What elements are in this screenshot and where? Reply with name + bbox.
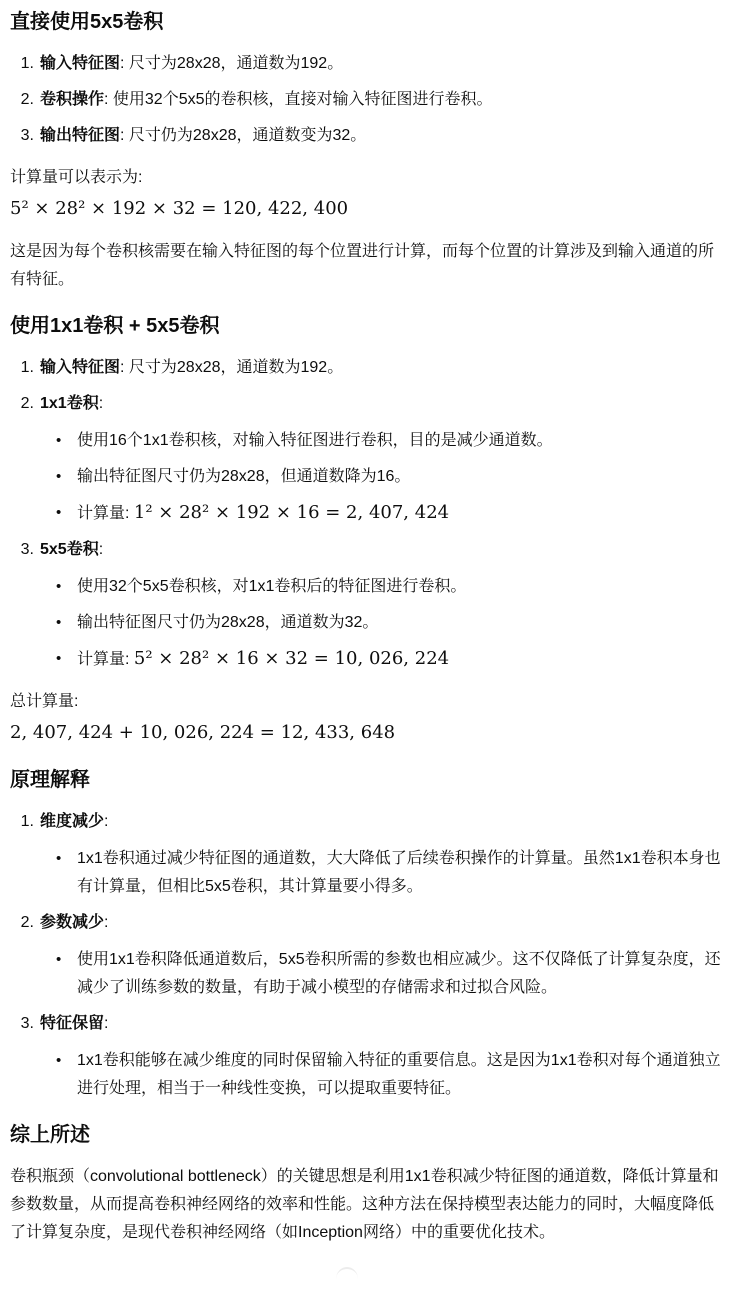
item-text: 输入特征图: 尺寸为28x28，通道数为192。 [40, 354, 726, 382]
item-label-bold: 5x5卷积 [40, 541, 99, 558]
ordered-item: 2. 1x1卷积: • 使用16个1x1卷积核，对输入特征图进行卷积，目的是减少… [10, 390, 726, 528]
item-number: 3. [10, 536, 40, 674]
bullet-item: • 使用1x1卷积降低通道数后，5x5卷积所需的参数也相应减少。这不仅降低了计算… [40, 946, 726, 1002]
item-number: 2. [10, 909, 40, 1002]
item-rest: : 尺寸仍为28x28，通道数变为32。 [120, 127, 366, 144]
bullet-item: • 计算量: 1² × 28² × 192 × 16 = 2, 407, 424 [40, 499, 726, 528]
item-rest: : 尺寸为28x28，通道数为192。 [120, 359, 343, 376]
item-number: 1. [10, 50, 40, 78]
item-label-bold: 维度减少 [40, 813, 104, 830]
item-rest: : [104, 1015, 108, 1032]
item-text: 特征保留: • 1x1卷积能够在减少维度的同时保留输入特征的重要信息。这是因为1… [40, 1010, 726, 1103]
bullet-list: • 1x1卷积能够在减少维度的同时保留输入特征的重要信息。这是因为1x1卷积对每… [40, 1047, 726, 1103]
bullet-icon: • [40, 499, 77, 528]
bullet-list: • 使用1x1卷积降低通道数后，5x5卷积所需的参数也相应减少。这不仅降低了计算… [40, 946, 726, 1002]
calc-label: 计算量: [77, 651, 134, 668]
bullet-icon: • [40, 609, 77, 637]
item-number: 1. [10, 354, 40, 382]
item-text: 维度减少: • 1x1卷积通过减少特征图的通道数，大大降低了后续卷积操作的计算量… [40, 808, 726, 901]
bullet-text: 计算量: 5² × 28² × 16 × 32 = 10, 026, 224 [77, 645, 726, 674]
ordered-item: 1. 维度减少: • 1x1卷积通过减少特征图的通道数，大大降低了后续卷积操作的… [10, 808, 726, 901]
chat-message-content: 直接使用5x5卷积 1. 输入特征图: 尺寸为28x28，通道数为192。 2.… [0, 0, 736, 1247]
item-rest: : 使用32个5x5的卷积核，直接对输入特征图进行卷积。 [104, 91, 493, 108]
item-text: 输入特征图: 尺寸为28x28，通道数为192。 [40, 50, 726, 78]
bullet-text: 使用32个5x5卷积核，对1x1卷积后的特征图进行卷积。 [77, 573, 726, 601]
item-rest: : 尺寸为28x28，通道数为192。 [120, 55, 343, 72]
item-text: 输出特征图: 尺寸仍为28x28，通道数变为32。 [40, 122, 726, 150]
bullet-item: • 使用16个1x1卷积核，对输入特征图进行卷积，目的是减少通道数。 [40, 427, 726, 455]
item-label-bold: 1x1卷积 [40, 395, 99, 412]
math-expression-direct: 5² × 28² × 192 × 32 = 120, 422, 400 [10, 194, 726, 224]
bullet-text: 输出特征图尺寸仍为28x28，通道数为32。 [77, 609, 726, 637]
total-calc-label: 总计算量: [10, 688, 726, 716]
bullet-icon: • [40, 427, 77, 455]
ordered-list: 1. 维度减少: • 1x1卷积通过减少特征图的通道数，大大降低了后续卷积操作的… [10, 808, 726, 1103]
section-heading-direct-5x5: 直接使用5x5卷积 [10, 8, 726, 36]
ordered-item: 3. 5x5卷积: • 使用32个5x5卷积核，对1x1卷积后的特征图进行卷积。… [10, 536, 726, 674]
bullet-icon: • [40, 463, 77, 491]
paragraph-explanation: 这是因为每个卷积核需要在输入特征图的每个位置进行计算，而每个位置的计算涉及到输入… [10, 238, 726, 294]
ordered-item: 2. 卷积操作: 使用32个5x5的卷积核，直接对输入特征图进行卷积。 [10, 86, 726, 114]
section-heading-summary: 综上所述 [10, 1121, 726, 1149]
bullet-icon: • [40, 645, 77, 674]
bullet-icon: • [40, 845, 77, 901]
item-number: 2. [10, 390, 40, 528]
ordered-list: 1. 输入特征图: 尺寸为28x28，通道数为192。 2. 卷积操作: 使用3… [10, 50, 726, 150]
bullet-text: 1x1卷积能够在减少维度的同时保留输入特征的重要信息。这是因为1x1卷积对每个通… [77, 1047, 726, 1103]
bullet-text: 计算量: 1² × 28² × 192 × 16 = 2, 407, 424 [77, 499, 726, 528]
section-heading-principle: 原理解释 [10, 766, 726, 794]
item-rest: : [99, 541, 103, 558]
ordered-item: 3. 输出特征图: 尺寸仍为28x28，通道数变为32。 [10, 122, 726, 150]
item-label-bold: 特征保留 [40, 1015, 104, 1032]
item-text: 5x5卷积: • 使用32个5x5卷积核，对1x1卷积后的特征图进行卷积。 • … [40, 536, 726, 674]
bullet-icon: • [40, 573, 77, 601]
paragraph-summary: 卷积瓶颈（convolutional bottleneck）的关键思想是利用1x… [10, 1163, 726, 1247]
bullet-item: • 使用32个5x5卷积核，对1x1卷积后的特征图进行卷积。 [40, 573, 726, 601]
bullet-list: • 使用16个1x1卷积核，对输入特征图进行卷积，目的是减少通道数。 • 输出特… [40, 427, 726, 528]
bullet-icon: • [40, 1047, 77, 1103]
item-text: 卷积操作: 使用32个5x5的卷积核，直接对输入特征图进行卷积。 [40, 86, 726, 114]
item-text: 参数减少: • 使用1x1卷积降低通道数后，5x5卷积所需的参数也相应减少。这不… [40, 909, 726, 1002]
math-expression-total: 2, 407, 424 + 10, 026, 224 = 12, 433, 64… [10, 718, 726, 748]
item-number: 3. [10, 1010, 40, 1103]
item-number: 2. [10, 86, 40, 114]
scroll-down-button-edge[interactable] [336, 1267, 358, 1279]
item-number: 1. [10, 808, 40, 901]
bullet-item: • 输出特征图尺寸仍为28x28，但通道数降为16。 [40, 463, 726, 491]
item-label-bold: 输入特征图 [40, 359, 120, 376]
bullet-item: • 1x1卷积通过减少特征图的通道数，大大降低了后续卷积操作的计算量。虽然1x1… [40, 845, 726, 901]
item-rest: : [104, 813, 108, 830]
ordered-item: 2. 参数减少: • 使用1x1卷积降低通道数后，5x5卷积所需的参数也相应减少… [10, 909, 726, 1002]
bullet-item: • 1x1卷积能够在减少维度的同时保留输入特征的重要信息。这是因为1x1卷积对每… [40, 1047, 726, 1103]
item-label-bold: 输入特征图 [40, 55, 120, 72]
item-rest: : [99, 395, 103, 412]
calc-label: 计算量: [77, 505, 134, 522]
section-heading-1x1-plus-5x5: 使用1x1卷积 + 5x5卷积 [10, 312, 726, 340]
bullet-list: • 1x1卷积通过减少特征图的通道数，大大降低了后续卷积操作的计算量。虽然1x1… [40, 845, 726, 901]
bullet-text: 使用1x1卷积降低通道数后，5x5卷积所需的参数也相应减少。这不仅降低了计算复杂… [77, 946, 726, 1002]
bullet-text: 1x1卷积通过减少特征图的通道数，大大降低了后续卷积操作的计算量。虽然1x1卷积… [77, 845, 726, 901]
item-rest: : [104, 914, 108, 931]
bullet-text: 输出特征图尺寸仍为28x28，但通道数降为16。 [77, 463, 726, 491]
item-label-bold: 参数减少 [40, 914, 104, 931]
math-expression-5x5: 5² × 28² × 16 × 32 = 10, 026, 224 [134, 648, 449, 669]
ordered-item: 1. 输入特征图: 尺寸为28x28，通道数为192。 [10, 354, 726, 382]
bullet-icon: • [40, 946, 77, 1002]
bullet-text: 使用16个1x1卷积核，对输入特征图进行卷积，目的是减少通道数。 [77, 427, 726, 455]
bullet-item: • 计算量: 5² × 28² × 16 × 32 = 10, 026, 224 [40, 645, 726, 674]
item-text: 1x1卷积: • 使用16个1x1卷积核，对输入特征图进行卷积，目的是减少通道数… [40, 390, 726, 528]
item-number: 3. [10, 122, 40, 150]
ordered-item: 3. 特征保留: • 1x1卷积能够在减少维度的同时保留输入特征的重要信息。这是… [10, 1010, 726, 1103]
item-label-bold: 输出特征图 [40, 127, 120, 144]
ordered-list: 1. 输入特征图: 尺寸为28x28，通道数为192。 2. 1x1卷积: • … [10, 354, 726, 674]
math-expression-1x1: 1² × 28² × 192 × 16 = 2, 407, 424 [134, 502, 449, 523]
ordered-item: 1. 输入特征图: 尺寸为28x28，通道数为192。 [10, 50, 726, 78]
bullet-item: • 输出特征图尺寸仍为28x28，通道数为32。 [40, 609, 726, 637]
calc-intro-label: 计算量可以表示为: [10, 164, 726, 192]
bullet-list: • 使用32个5x5卷积核，对1x1卷积后的特征图进行卷积。 • 输出特征图尺寸… [40, 573, 726, 674]
item-label-bold: 卷积操作 [40, 91, 104, 108]
